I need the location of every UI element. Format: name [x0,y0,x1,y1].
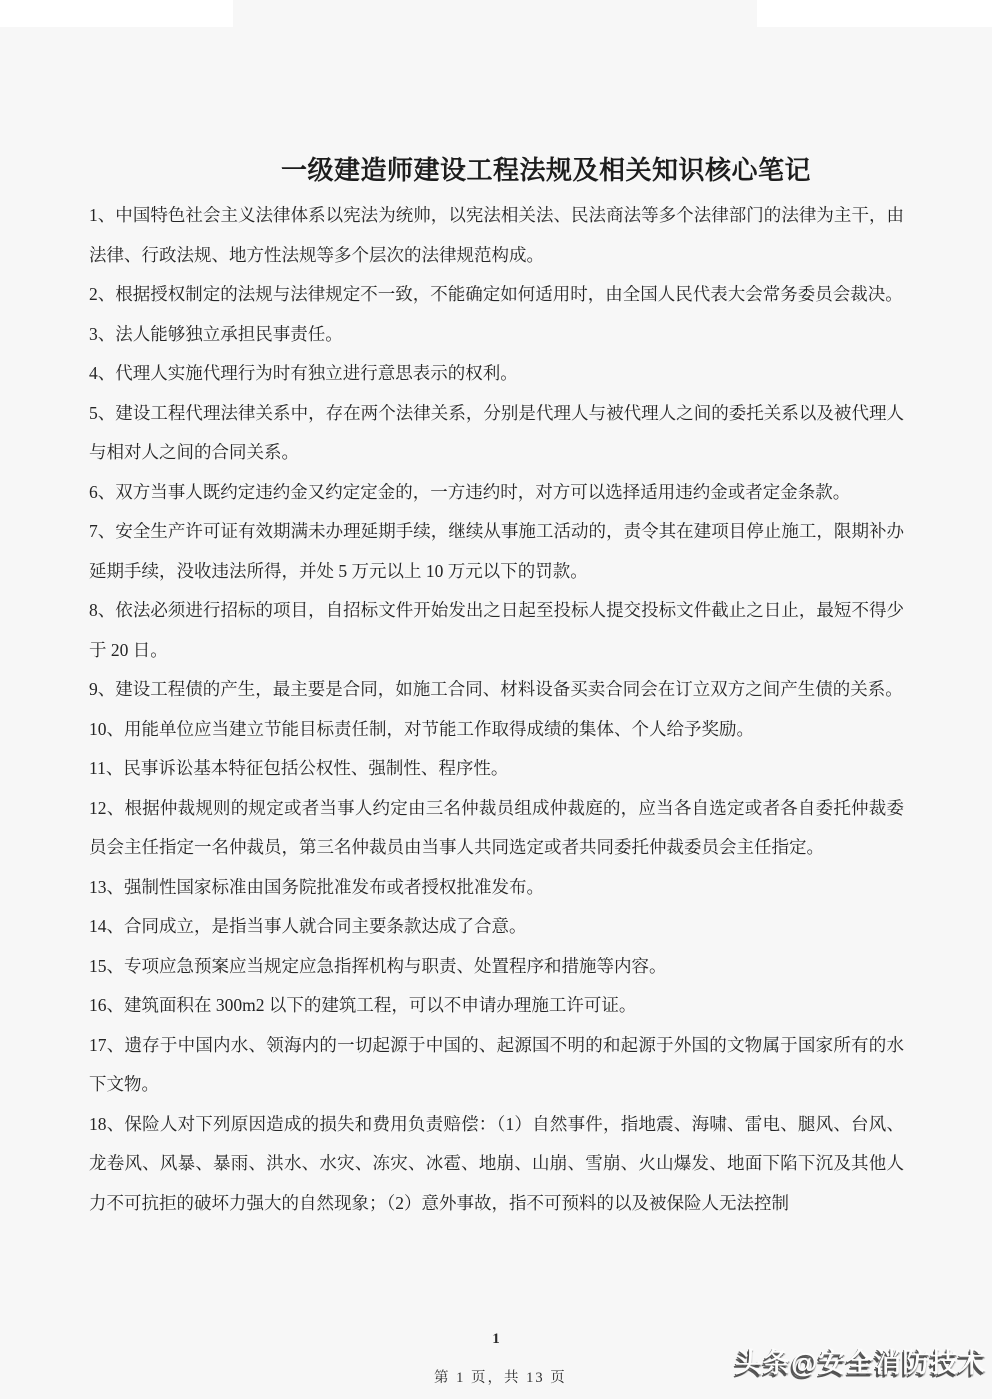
top-left-white-strip [0,0,233,27]
note-item: 13、强制性国家标准由国务院批准发布或者授权批准发布。 [89,868,904,908]
note-item: 17、遗存于中国内水、领海内的一切起源于中国的、起源国不明的和起源于外国的文物属… [89,1026,904,1105]
toutiao-watermark: 头条@安全消防技术 [735,1341,986,1380]
note-item: 1、中国特色社会主义法律体系以宪法为统帅，以宪法相关法、民法商法等多个法律部门的… [89,196,904,275]
page-title: 一级建造师建设工程法规及相关知识核心笔记 [50,150,992,187]
note-item: 2、根据授权制定的法规与法律规定不一致，不能确定如何适用时，由全国人民代表大会常… [89,275,904,315]
note-item: 11、民事诉讼基本特征包括公权性、强制性、程序性。 [89,749,904,789]
note-item: 16、建筑面积在 300m2 以下的建筑工程，可以不申请办理施工许可证。 [89,986,904,1026]
document-body: 1、中国特色社会主义法律体系以宪法为统帅，以宪法相关法、民法商法等多个法律部门的… [89,196,904,1223]
note-item: 14、合同成立，是指当事人就合同主要条款达成了合意。 [89,907,904,947]
note-item: 6、双方当事人既约定违约金又约定定金的，一方违约时，对方可以选择适用违约金或者定… [89,473,904,513]
note-item: 9、建设工程债的产生，最主要是合同，如施工合同、材料设备买卖合同会在订立双方之间… [89,670,904,710]
note-item: 5、建设工程代理法律关系中，存在两个法律关系，分别是代理人与被代理人之间的委托关… [89,394,904,473]
note-item: 18、保险人对下列原因造成的损失和费用负责赔偿：（1）自然事件，指地震、海啸、雷… [89,1105,904,1224]
note-item: 4、代理人实施代理行为时有独立进行意思表示的权利。 [89,354,904,394]
page-count-label: 第 1 页，共 13 页 [434,1366,567,1387]
note-item: 3、法人能够独立承担民事责任。 [89,315,904,355]
top-right-white-strip [757,0,992,27]
note-item: 15、专项应急预案应当规定应急指挥机构与职责、处置程序和措施等内容。 [89,947,904,987]
document-page: 一级建造师建设工程法规及相关知识核心笔记 1、中国特色社会主义法律体系以宪法为统… [0,0,992,1399]
note-item: 8、依法必须进行招标的项目，自招标文件开始发出之日起至投标人提交投标文件截止之日… [89,591,904,670]
note-item: 10、用能单位应当建立节能目标责任制，对节能工作取得成绩的集体、个人给予奖励。 [89,710,904,750]
note-item: 12、根据仲裁规则的规定或者当事人约定由三名仲裁员组成仲裁庭的，应当各自选定或者… [89,789,904,868]
note-item: 7、安全生产许可证有效期满未办理延期手续，继续从事施工活动的，责令其在建项目停止… [89,512,904,591]
